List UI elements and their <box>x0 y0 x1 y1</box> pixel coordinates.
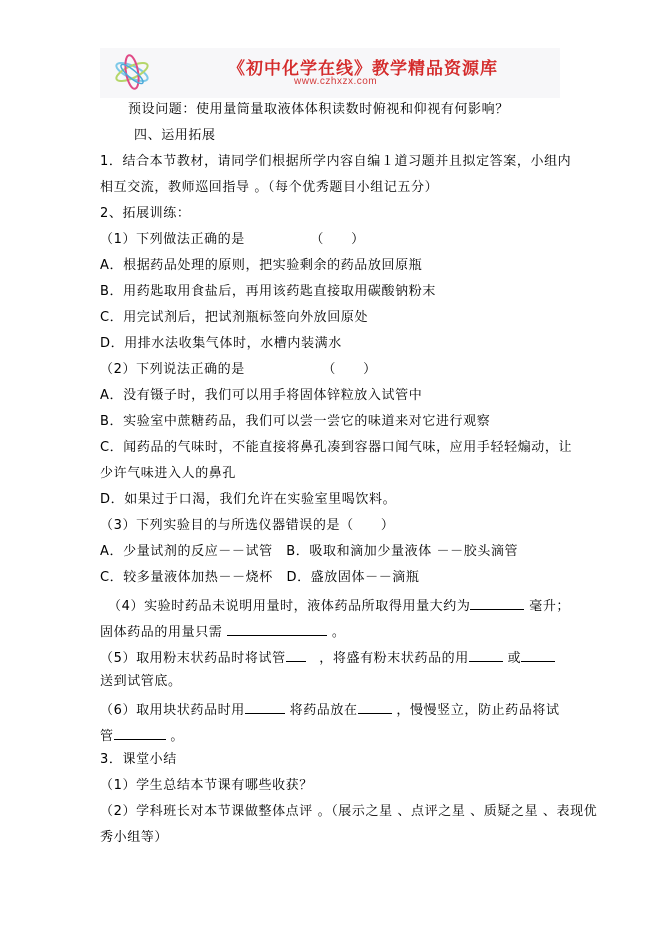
q4-line2: 固体药品的用量只需 。 <box>100 622 345 641</box>
q6-text-b: 将药品放在 <box>285 703 358 718</box>
q2-answer-bracket: （ ） <box>322 362 376 377</box>
q6-text-c: ，慢慢竖立，防止药品将试 <box>392 703 560 718</box>
item1-line2: 相互交流，教师巡回指导 。（每个优秀题目小组记五分） <box>100 180 438 196</box>
q4-blank-liquid[interactable] <box>470 596 524 610</box>
section-heading: 四、运用拓展 <box>134 128 216 144</box>
item1-line1: 1．结合本节教材，请同学们根据所学内容自编１道习题并且拟定答案，小组内 <box>100 154 571 170</box>
q2-option-c-cont: 少许气味进入人的鼻孔 <box>100 466 236 482</box>
q2-option-b: B．实验室中蔗糖药品，我们可以尝一尝它的味道来对它进行观察 <box>100 414 490 430</box>
q4-line1: （4）实验时药品未说明用量时，液体药品所取得用量大约为 毫升； <box>108 596 570 615</box>
q4-text-b: 毫升； <box>524 599 570 614</box>
q5-blank-1[interactable] <box>286 648 306 662</box>
q6-blank-3[interactable] <box>114 726 166 740</box>
q6-line2: 管 。 <box>100 726 184 745</box>
atom-orbit-logo-icon <box>110 52 154 92</box>
q1-option-c: C．用完试剂后，把试剂瓶标签向外放回原处 <box>100 310 368 326</box>
q5-line1: （5）取用粉末状药品时将试管 ，将盛有粉末状药品的用 或 <box>100 648 555 667</box>
item3-heading: 3．课堂小结 <box>100 752 177 768</box>
summary-1: （1）学生总结本节课有哪些收获？ <box>100 778 313 794</box>
q1-option-a: A．根据药品处理的原则，把实验剩余的药品放回原瓶 <box>100 258 422 274</box>
q6-text-e: 。 <box>166 729 184 744</box>
q4-text-d: 。 <box>327 625 345 640</box>
q2-stem-line: （2）下列说法正确的是 （ ） <box>100 362 377 378</box>
q1-answer-bracket: （ ） <box>310 232 364 247</box>
q2-stem: （2）下列说法正确的是 <box>100 362 245 377</box>
q1-option-d: D．用排水法收集气体时，水槽内装满水 <box>100 336 342 352</box>
q1-option-b: B．用药匙取用食盐后，再用该药匙直接取用碳酸钠粉末 <box>100 284 436 300</box>
q5-text-a: （5）取用粉末状药品时将试管 <box>100 651 286 666</box>
q5-text-b: ，将盛有粉末状药品的用 <box>306 651 469 666</box>
q4-text-a: （4）实验时药品未说明用量时，液体药品所取得用量大约为 <box>108 599 470 614</box>
item2-heading: 2、拓展训练： <box>100 206 190 222</box>
banner-url: www.czhxzx.com <box>294 76 377 87</box>
q6-text-a: （6）取用块状药品时用 <box>100 703 245 718</box>
q4-blank-solid[interactable] <box>227 622 327 636</box>
q5-text-c: 或 <box>503 651 521 666</box>
q4-text-c: 固体药品的用量只需 <box>100 625 227 640</box>
summary-2-line2: 秀小组等） <box>100 830 168 846</box>
q3-options-row2: C．较多量液体加热－－烧杯 D．盛放固体－－滴瓶 <box>100 570 420 586</box>
q2-option-d: D．如果过于口渴，我们允许在实验室里喝饮料。 <box>100 492 396 508</box>
q6-blank-1[interactable] <box>245 700 285 714</box>
q3-stem: （3）下列实验目的与所选仪器错误的是（ ） <box>100 518 394 534</box>
q2-option-c: C．闻药品的气味时，不能直接将鼻孔凑到容器口闻气味，应用手轻轻煽动，让 <box>100 440 572 456</box>
q5-blank-2[interactable] <box>469 648 503 662</box>
q6-text-d: 管 <box>100 729 114 744</box>
q2-option-a: A．没有镊子时，我们可以用手将固体锌粒放入试管中 <box>100 388 422 404</box>
q6-line1: （6）取用块状药品时用 将药品放在 ，慢慢竖立，防止药品将试 <box>100 700 560 719</box>
q5-blank-3[interactable] <box>521 648 555 662</box>
q1-stem-line: （1）下列做法正确的是 （ ） <box>100 232 365 248</box>
header-banner: 《初中化学在线》教学精品资源库 www.czhxzx.com <box>100 48 560 98</box>
preset-question: 预设问题：使用量筒量取液体体积读数时俯视和仰视有何影响？ <box>128 102 509 118</box>
summary-2-line1: （2）学科班长对本节课做整体点评 。（展示之星 、点评之星 、质疑之星 、表现优 <box>100 804 597 820</box>
q5-line2: 送到试管底。 <box>100 674 182 690</box>
q6-blank-2[interactable] <box>358 700 392 714</box>
q3-options-row1: A．少量试剂的反应－－试管 B．吸取和滴加少量液体 －－胶头滴管 <box>100 544 518 560</box>
q1-stem: （1）下列做法正确的是 <box>100 232 245 247</box>
